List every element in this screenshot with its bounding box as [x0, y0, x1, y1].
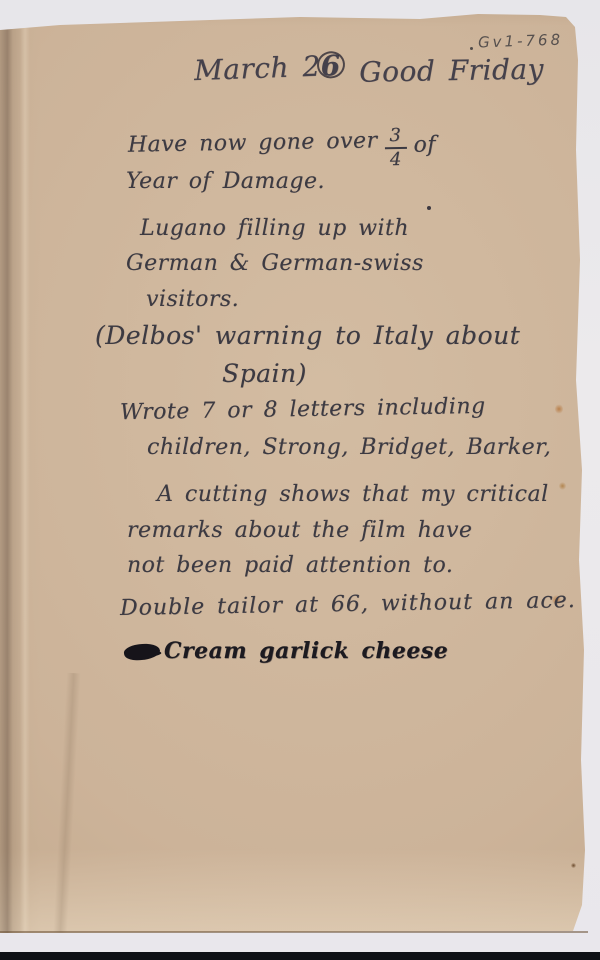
fraction-denominator: 4 [390, 149, 402, 169]
scratched-out-word [123, 642, 161, 663]
fraction-three-quarters: 34 [384, 127, 407, 169]
foxing-spot [555, 404, 563, 414]
foxing-spot [571, 863, 576, 868]
handwritten-line: children, Strong, Bridget, Barker, [147, 436, 551, 460]
date-month-day: March 2 [193, 50, 321, 87]
paper-crease [53, 673, 81, 933]
line-text: Have now gone over [128, 128, 378, 157]
page-bottom-edge [0, 931, 588, 933]
dust-speck [236, 8, 239, 11]
handwritten-line: (Delbos' warning to Italy about [95, 322, 520, 350]
handwritten-line: Double tailor at 66, without an ace. [120, 589, 576, 621]
notebook-page: Gv1-768 March 26Good Friday Have now gon… [0, 0, 590, 933]
line-text: of [413, 132, 436, 157]
ink-dot [427, 206, 431, 210]
line-text: Cream garlick cheese [164, 638, 448, 664]
binding-gutter-shadow [0, 0, 46, 933]
handwritten-line: German & German-swiss [126, 252, 424, 276]
handwritten-line: Lugano filling up with [140, 217, 409, 241]
handwritten-line: A cutting shows that my critical [157, 483, 549, 507]
scanner-bar [0, 952, 600, 960]
handwritten-line: Spain) [222, 360, 307, 388]
handwritten-line: not been paid attention to. [127, 554, 453, 578]
handwritten-line: Cream garlick cheese [124, 639, 448, 663]
scanned-diary-page: Gv1-768 March 26Good Friday Have now gon… [0, 0, 600, 960]
corrected-digit: 6 [320, 51, 341, 82]
handwritten-line: visitors. [146, 288, 239, 312]
holiday-label: Good Friday [359, 55, 544, 89]
handwritten-line: Year of Damage. [126, 170, 325, 194]
foxing-spot [559, 482, 566, 490]
red-speck [2, 2, 6, 6]
gutter-highlight [20, 0, 30, 933]
date-heading: March 26Good Friday [194, 44, 544, 87]
handwritten-line: remarks about the film have [127, 519, 472, 543]
fraction-numerator: 3 [384, 127, 406, 149]
handwritten-line: Wrote 7 or 8 letters including [120, 395, 486, 426]
